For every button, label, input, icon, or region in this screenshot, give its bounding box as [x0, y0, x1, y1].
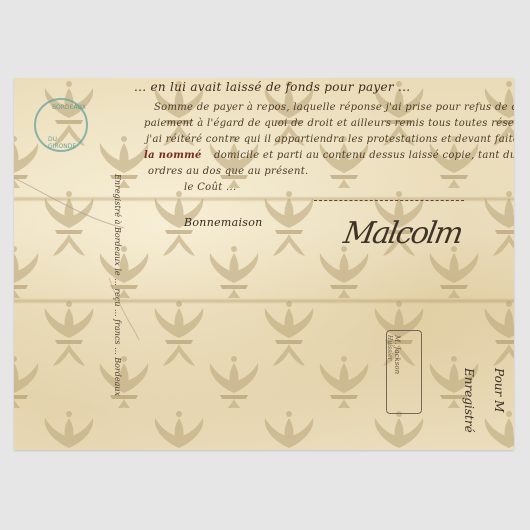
stamp-text-bottom: DU GIRONDE: [48, 136, 86, 150]
body-line: ordres au dos que au présent.: [148, 166, 309, 177]
body-line: paiement à l'égard de quoi de droit et a…: [144, 118, 514, 129]
right-edge-text: Pour M: [492, 368, 506, 412]
box-stamp-title: Huissier: [386, 335, 393, 361]
paper-fold: [14, 196, 514, 202]
signature-large: Malcolm: [341, 216, 464, 251]
circular-stamp: BORDEAUX DU GIRONDE: [34, 98, 88, 152]
body-line: le Coût ...: [184, 182, 236, 193]
box-stamp-name: M. Jackson: [393, 335, 401, 374]
margin-vertical-text: Enregistré à Bordeaux le ... reçu ... fr…: [113, 174, 122, 396]
manuscript-paper: ... en lui avait laissé de fonds pour pa…: [14, 78, 514, 450]
paper-fold: [14, 298, 514, 304]
header-line: ... en lui avait laissé de fonds pour pa…: [134, 80, 410, 94]
box-stamp: M. Jackson Huissier: [386, 330, 422, 414]
body-line: j'ai réitéré contre qui il appartiendra …: [146, 134, 514, 145]
emphasis-word: la nommé: [144, 150, 202, 161]
stamp-text-top: BORDEAUX: [52, 104, 86, 111]
signature-small: Bonnemaison: [184, 216, 263, 229]
body-line: Somme de payer à repos, laquelle réponse…: [154, 102, 514, 113]
signature-rule: [314, 200, 464, 201]
right-edge-text: Enregistré: [462, 368, 476, 433]
body-line: domicile et parti au contenu dessus lais…: [214, 150, 514, 161]
